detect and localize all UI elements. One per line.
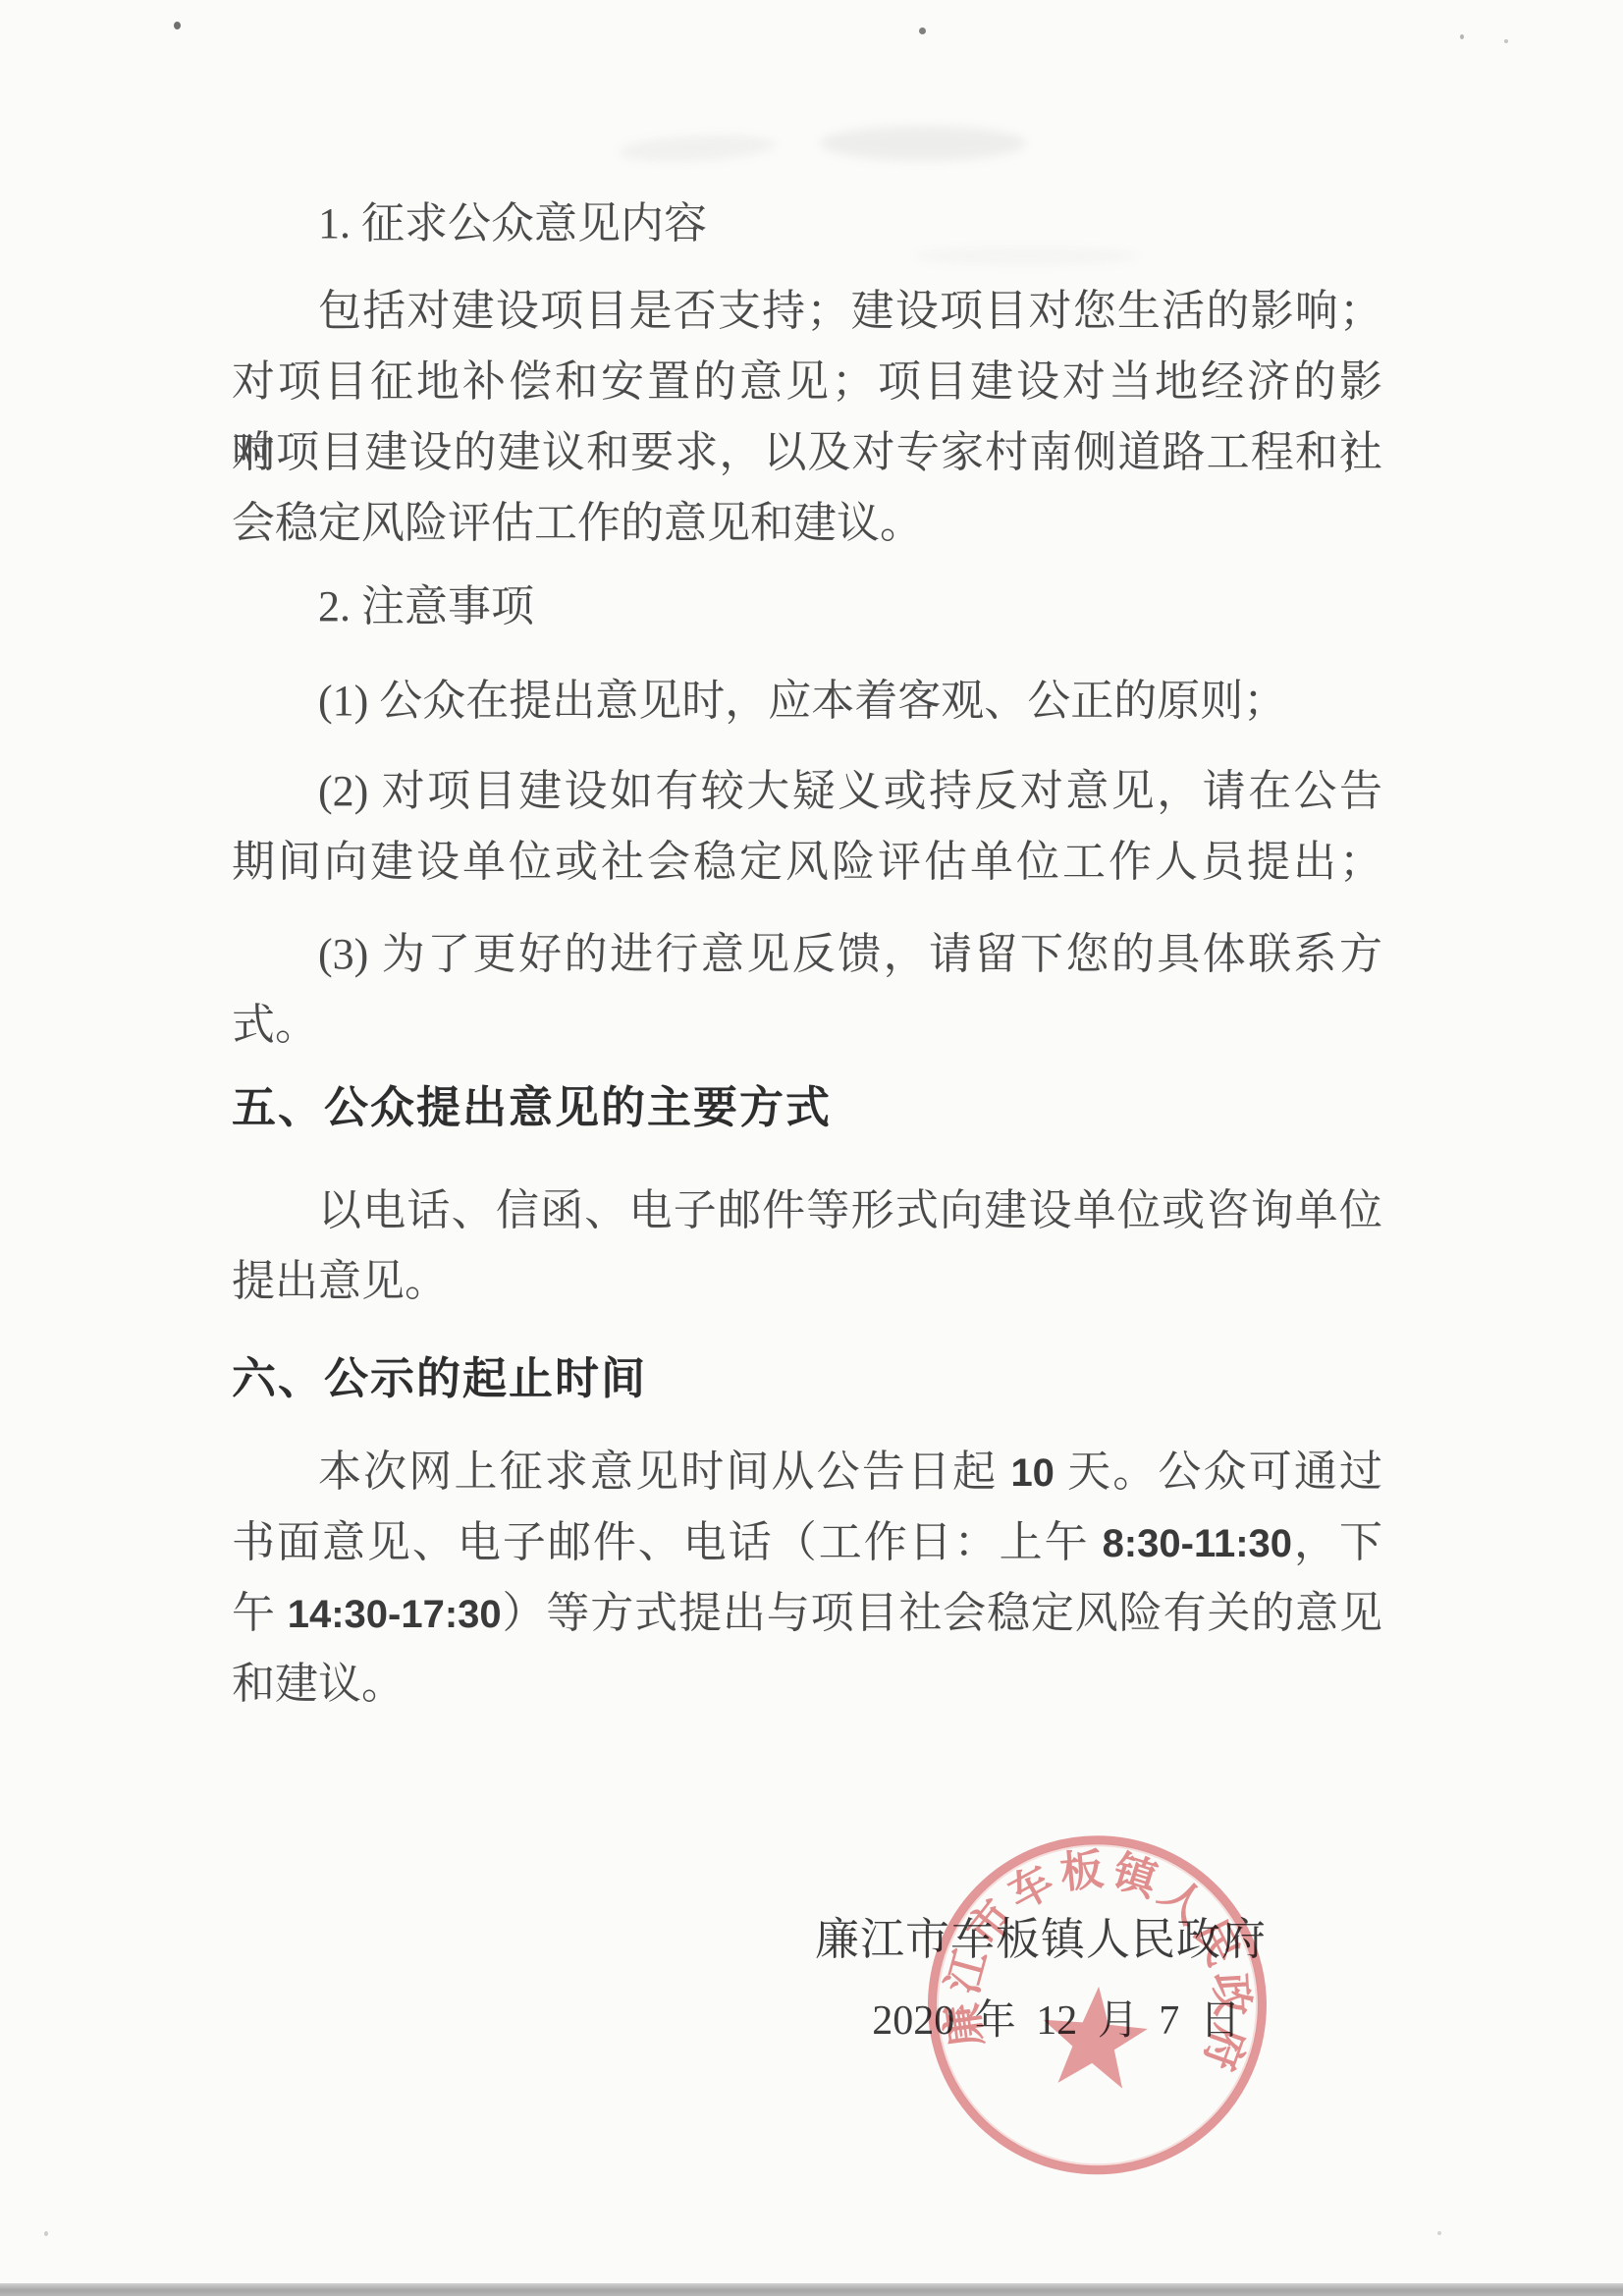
paragraph-1: 包括对建设项目是否支持；建设项目对您生活的影响； 对项目征地补偿和安置的意见；项…: [232, 276, 1382, 559]
para-line: 本次网上征求意见时间从公告日起 10 天。公众可通过: [232, 1437, 1382, 1507]
text-segment: 本次网上征求意见时间从公告日起: [318, 1448, 1010, 1496]
section6-heading: 六、公示的起止时间: [232, 1343, 1382, 1414]
scan-speck: [44, 2231, 48, 2236]
scan-speck: [1460, 34, 1464, 39]
para-line: 以电话、信函、电子邮件等形式向建设单位或咨询单位: [232, 1175, 1382, 1246]
section2-title: 2. 注意事项: [232, 572, 1382, 642]
morning-hours: 8:30-11:30: [1103, 1522, 1292, 1565]
para-line: 对项目征地补偿和安置的意见；项目建设对当地经济的影响；: [232, 347, 1382, 417]
text-segment: ）等方式提出与项目社会稳定风险有关的意见: [502, 1589, 1382, 1637]
para-line: (1) 公众在提出意见时，应本着客观、公正的原则；: [232, 666, 1382, 737]
para-line: (2) 对项目建设如有较大疑义或持反对意见，请在公告: [232, 756, 1382, 827]
section1-title: 1. 征求公众意见内容: [232, 189, 1382, 259]
para-line: 包括对建设项目是否支持；建设项目对您生活的影响；: [232, 276, 1382, 347]
note-2: (2) 对项目建设如有较大疑义或持反对意见，请在公告 期间向建设单位或社会稳定风…: [232, 756, 1382, 898]
scanner-edge-band: [0, 2283, 1623, 2296]
note-1: (1) 公众在提出意见时，应本着客观、公正的原则；: [232, 666, 1382, 737]
document-body: 1. 征求公众意见内容 包括对建设项目是否支持；建设项目对您生活的影响； 对项目…: [232, 0, 1382, 2056]
seal-star-icon: [1038, 1982, 1151, 2090]
text-segment: 午: [232, 1589, 288, 1637]
text-segment: 天。公众可通过: [1055, 1448, 1382, 1496]
para-line: 书面意见、电子邮件、电话（工作日：上午 8:30-11:30，下: [232, 1507, 1382, 1578]
para-line: 午 14:30-17:30）等方式提出与项目社会稳定风险有关的意见: [232, 1578, 1382, 1649]
section5-heading: 五、公众提出意见的主要方式: [232, 1072, 1382, 1143]
official-seal-stamp: 廉江市车板镇人民政府: [903, 1814, 1297, 2208]
scan-speck: [174, 22, 181, 29]
para-line: 期间向建设单位或社会稳定风险评估单位工作人员提出；: [232, 827, 1382, 898]
paragraph-5: 以电话、信函、电子邮件等形式向建设单位或咨询单位 提出意见。: [232, 1175, 1382, 1317]
para-line: 和建议。: [232, 1649, 1382, 1720]
scan-speck: [1504, 39, 1508, 43]
para-line: 会稳定风险评估工作的意见和建议。: [232, 488, 1382, 559]
para-line: 提出意见。: [232, 1246, 1382, 1317]
para-line: (3) 为了更好的进行意见反馈，请留下您的具体联系方: [232, 919, 1382, 990]
para-line: 式。: [232, 990, 1382, 1061]
scan-speck: [1437, 2231, 1441, 2235]
scanned-document-page: 1. 征求公众意见内容 包括对建设项目是否支持；建设项目对您生活的影响； 对项目…: [0, 0, 1623, 2296]
afternoon-hours: 14:30-17:30: [288, 1593, 502, 1636]
text-segment: 书面意见、电子邮件、电话（工作日：上午: [232, 1518, 1103, 1566]
paragraph-6: 本次网上征求意见时间从公告日起 10 天。公众可通过 书面意见、电子邮件、电话（…: [232, 1437, 1382, 1720]
note-3: (3) 为了更好的进行意见反馈，请留下您的具体联系方 式。: [232, 919, 1382, 1061]
days-number: 10: [1010, 1451, 1055, 1495]
para-line: 对项目建设的建议和要求，以及对专家村南侧道路工程和社: [232, 417, 1382, 488]
text-segment: ，下: [1292, 1518, 1382, 1566]
